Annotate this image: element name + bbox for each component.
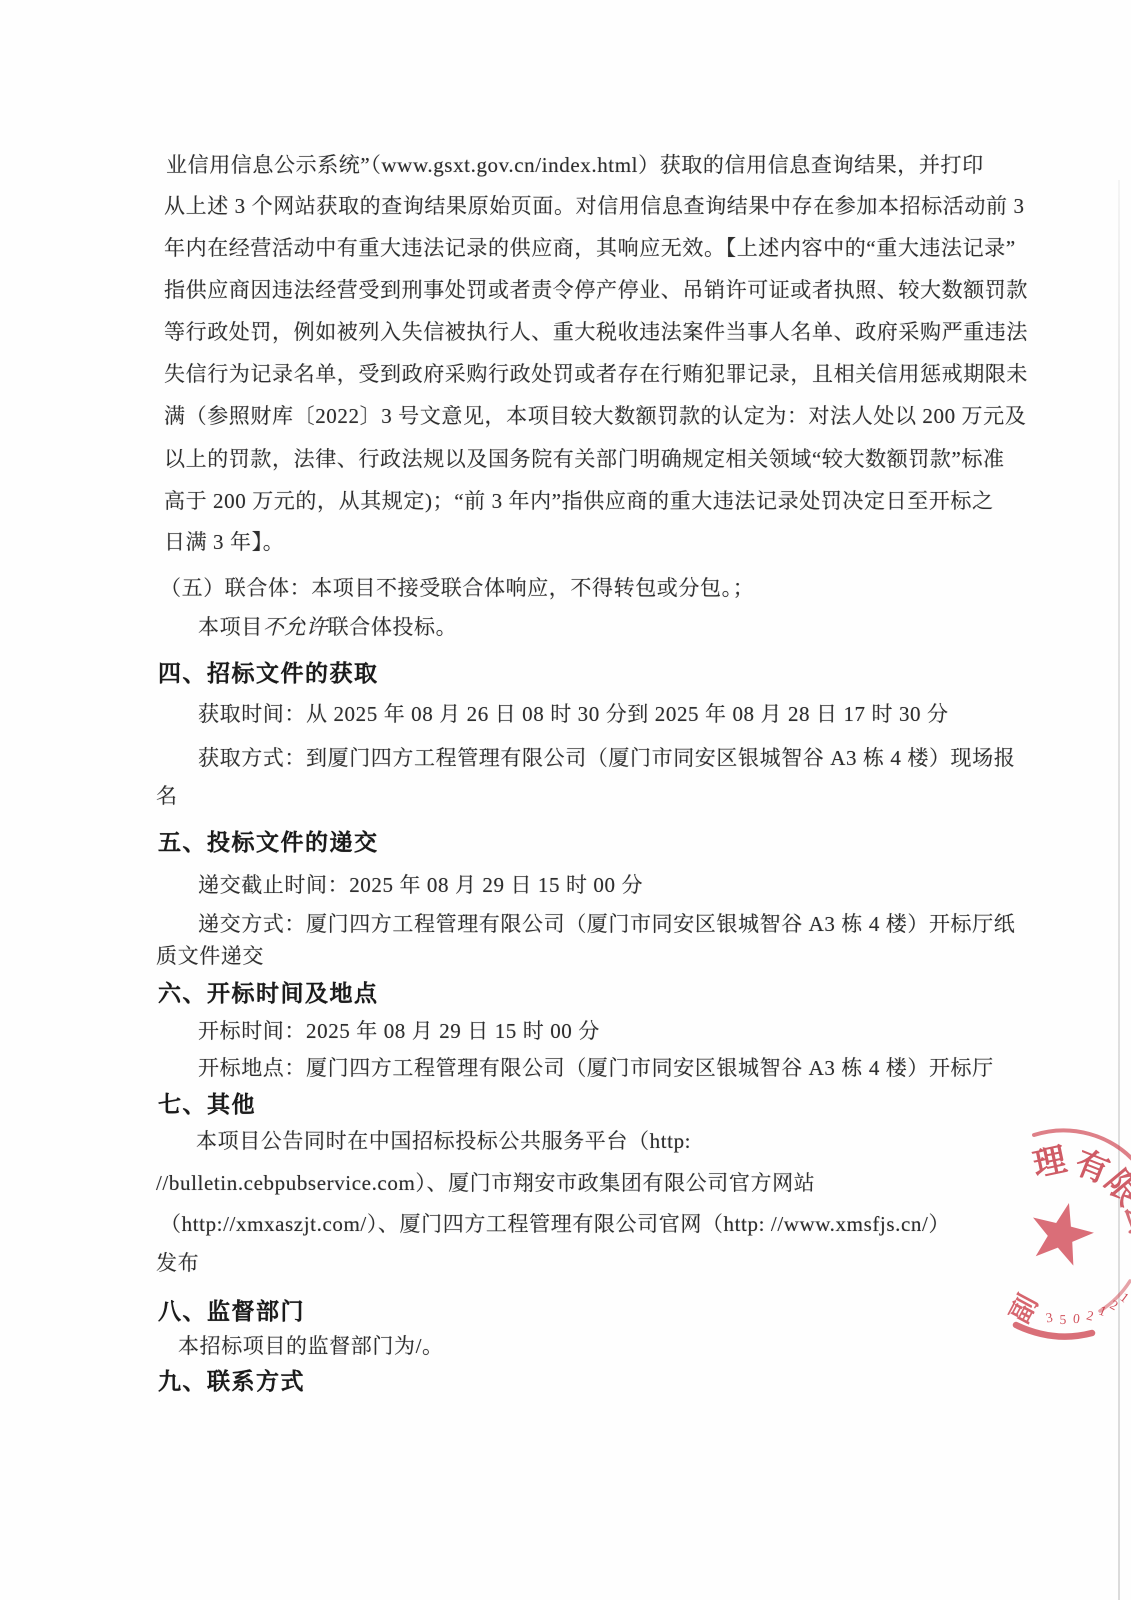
section-heading-contact: 九、联系方式 [158,1363,305,1396]
star-icon [1024,1195,1099,1268]
intro-paragraph-line-5: 等行政处罚，例如被列入失信被执行人、重大税收违法案件当事人名单、政府采购严重违法 [164,317,1028,347]
seal-ring-arc-right [1100,1281,1130,1311]
submission-method-line: 递交方式：厦门四方工程管理有限公司（厦门市同安区银城智谷 A3 栋 4 楼）开标… [198,909,1015,939]
intro-paragraph-line-2: 从上述 3 个网站获取的查询结果原始页面。对信用信息查询结果中存在参加本招标活动… [164,191,1025,221]
intro-paragraph-line-3: 年内在经营活动中有重大违法记录的供应商，其响应无效。【上述内容中的“重大违法记录… [164,233,1016,263]
joint-venture-clause: （五）联合体：本项目不接受联合体响应，不得转包或分包。； [160,573,754,603]
intro-paragraph-line-7: 满（参照财库〔2022〕3 号文意见，本项目较大数额罚款的认定为：对法人处以 2… [164,401,1026,431]
opening-place-line: 开标地点：厦门四方工程管理有限公司（厦门市同安区银城智谷 A3 栋 4 楼）开标… [198,1053,994,1083]
seal-ring-arc-top [1034,1130,1131,1163]
joint-venture-note-prefix: 本项目 [198,615,263,639]
submission-method-wrap: 质文件递交 [156,941,264,971]
seal-digit-1: 3 [1045,1310,1054,1326]
intro-paragraph-line-8: 以上的罚款，法律、行政法规以及国务院有关部门明确规定相关领域“较大数额罚款”标准 [164,444,1005,474]
intro-paragraph-line-4: 指供应商因违法经营受到刑事处罚或者责令停产停业、吊销许可证或者执照、较大数额罚款 [164,275,1028,305]
supervision-dept-line: 本招标项目的监督部门为/。 [178,1331,444,1361]
seal-digit-4: 2 [1085,1308,1095,1324]
seal-ink-swoosh [1016,1325,1092,1337]
submission-deadline-line: 递交截止时间：2025 年 08 月 29 日 15 时 00 分 [198,870,643,900]
section-heading-document-obtain: 四、招标文件的获取 [158,655,379,688]
obtain-method-line: 获取方式：到厦门四方工程管理有限公司（厦门市同安区银城智谷 A3 栋 4 楼）现… [198,743,1015,773]
intro-paragraph-line-9: 高于 200 万元的，从其规定)；“前 3 年内”指供应商的重大违法记录处罚决定… [164,486,994,516]
seal-ring-char-3: 限 [1097,1164,1131,1213]
seal-ring-char-1: 理 [1030,1142,1070,1184]
intro-paragraph-line-1: 业信用信息公示系统”（www.gsxt.gov.cn/index.html）获取… [166,150,984,180]
company-seal-stamp: 理 有 限 公 3 5 0 2 1 2 1 副 [950,1085,1131,1347]
seal-digit-5: 1 [1097,1303,1109,1319]
announce-platform-line-2: //bulletin.cebpubservice.com）、厦门市翔安市政集团有… [156,1168,815,1198]
intro-paragraph-line-6: 失信行为记录名单，受到政府采购行政处罚或者存在行贿犯罪记录，且相关信用惩戒期限未 [164,359,1028,389]
seal-ring-char-2: 有 [1070,1144,1114,1191]
joint-venture-note-emphasis: 不允许 [263,615,328,639]
section-heading-bid-opening: 六、开标时间及地点 [158,975,379,1008]
announce-platform-line-1: 本项目公告同时在中国招标投标公共服务平台（http: [196,1126,691,1156]
section-heading-supervision: 八、监督部门 [158,1293,305,1326]
scanned-document-page: 业信用信息公示系统”（www.gsxt.gov.cn/index.html）获取… [0,0,1131,1600]
joint-venture-note-suffix: 联合体投标。 [328,615,458,639]
opening-time-line: 开标时间：2025 年 08 月 29 日 15 时 00 分 [198,1016,600,1046]
obtain-method-wrap: 名 [156,781,178,811]
section-heading-bid-submission: 五、投标文件的递交 [158,824,379,857]
seal-extra-char: 副 [1004,1290,1043,1328]
page-edge-line [1118,180,1120,1600]
obtain-time-line: 获取时间：从 2025 年 08 月 26 日 08 时 30 分到 2025 … [198,699,949,729]
seal-digit-2: 5 [1059,1312,1066,1327]
joint-venture-note: 本项目不允许联合体投标。 [198,612,457,642]
announce-platform-line-3: （http://xmxaszjt.com/）、厦门四方工程管理有限公司官网（ht… [160,1209,950,1239]
section-heading-others: 七、其他 [158,1086,256,1119]
intro-paragraph-line-10: 日满 3 年】。 [164,527,284,557]
seal-digit-3: 0 [1072,1311,1081,1327]
announce-platform-line-4: 发布 [156,1248,199,1278]
